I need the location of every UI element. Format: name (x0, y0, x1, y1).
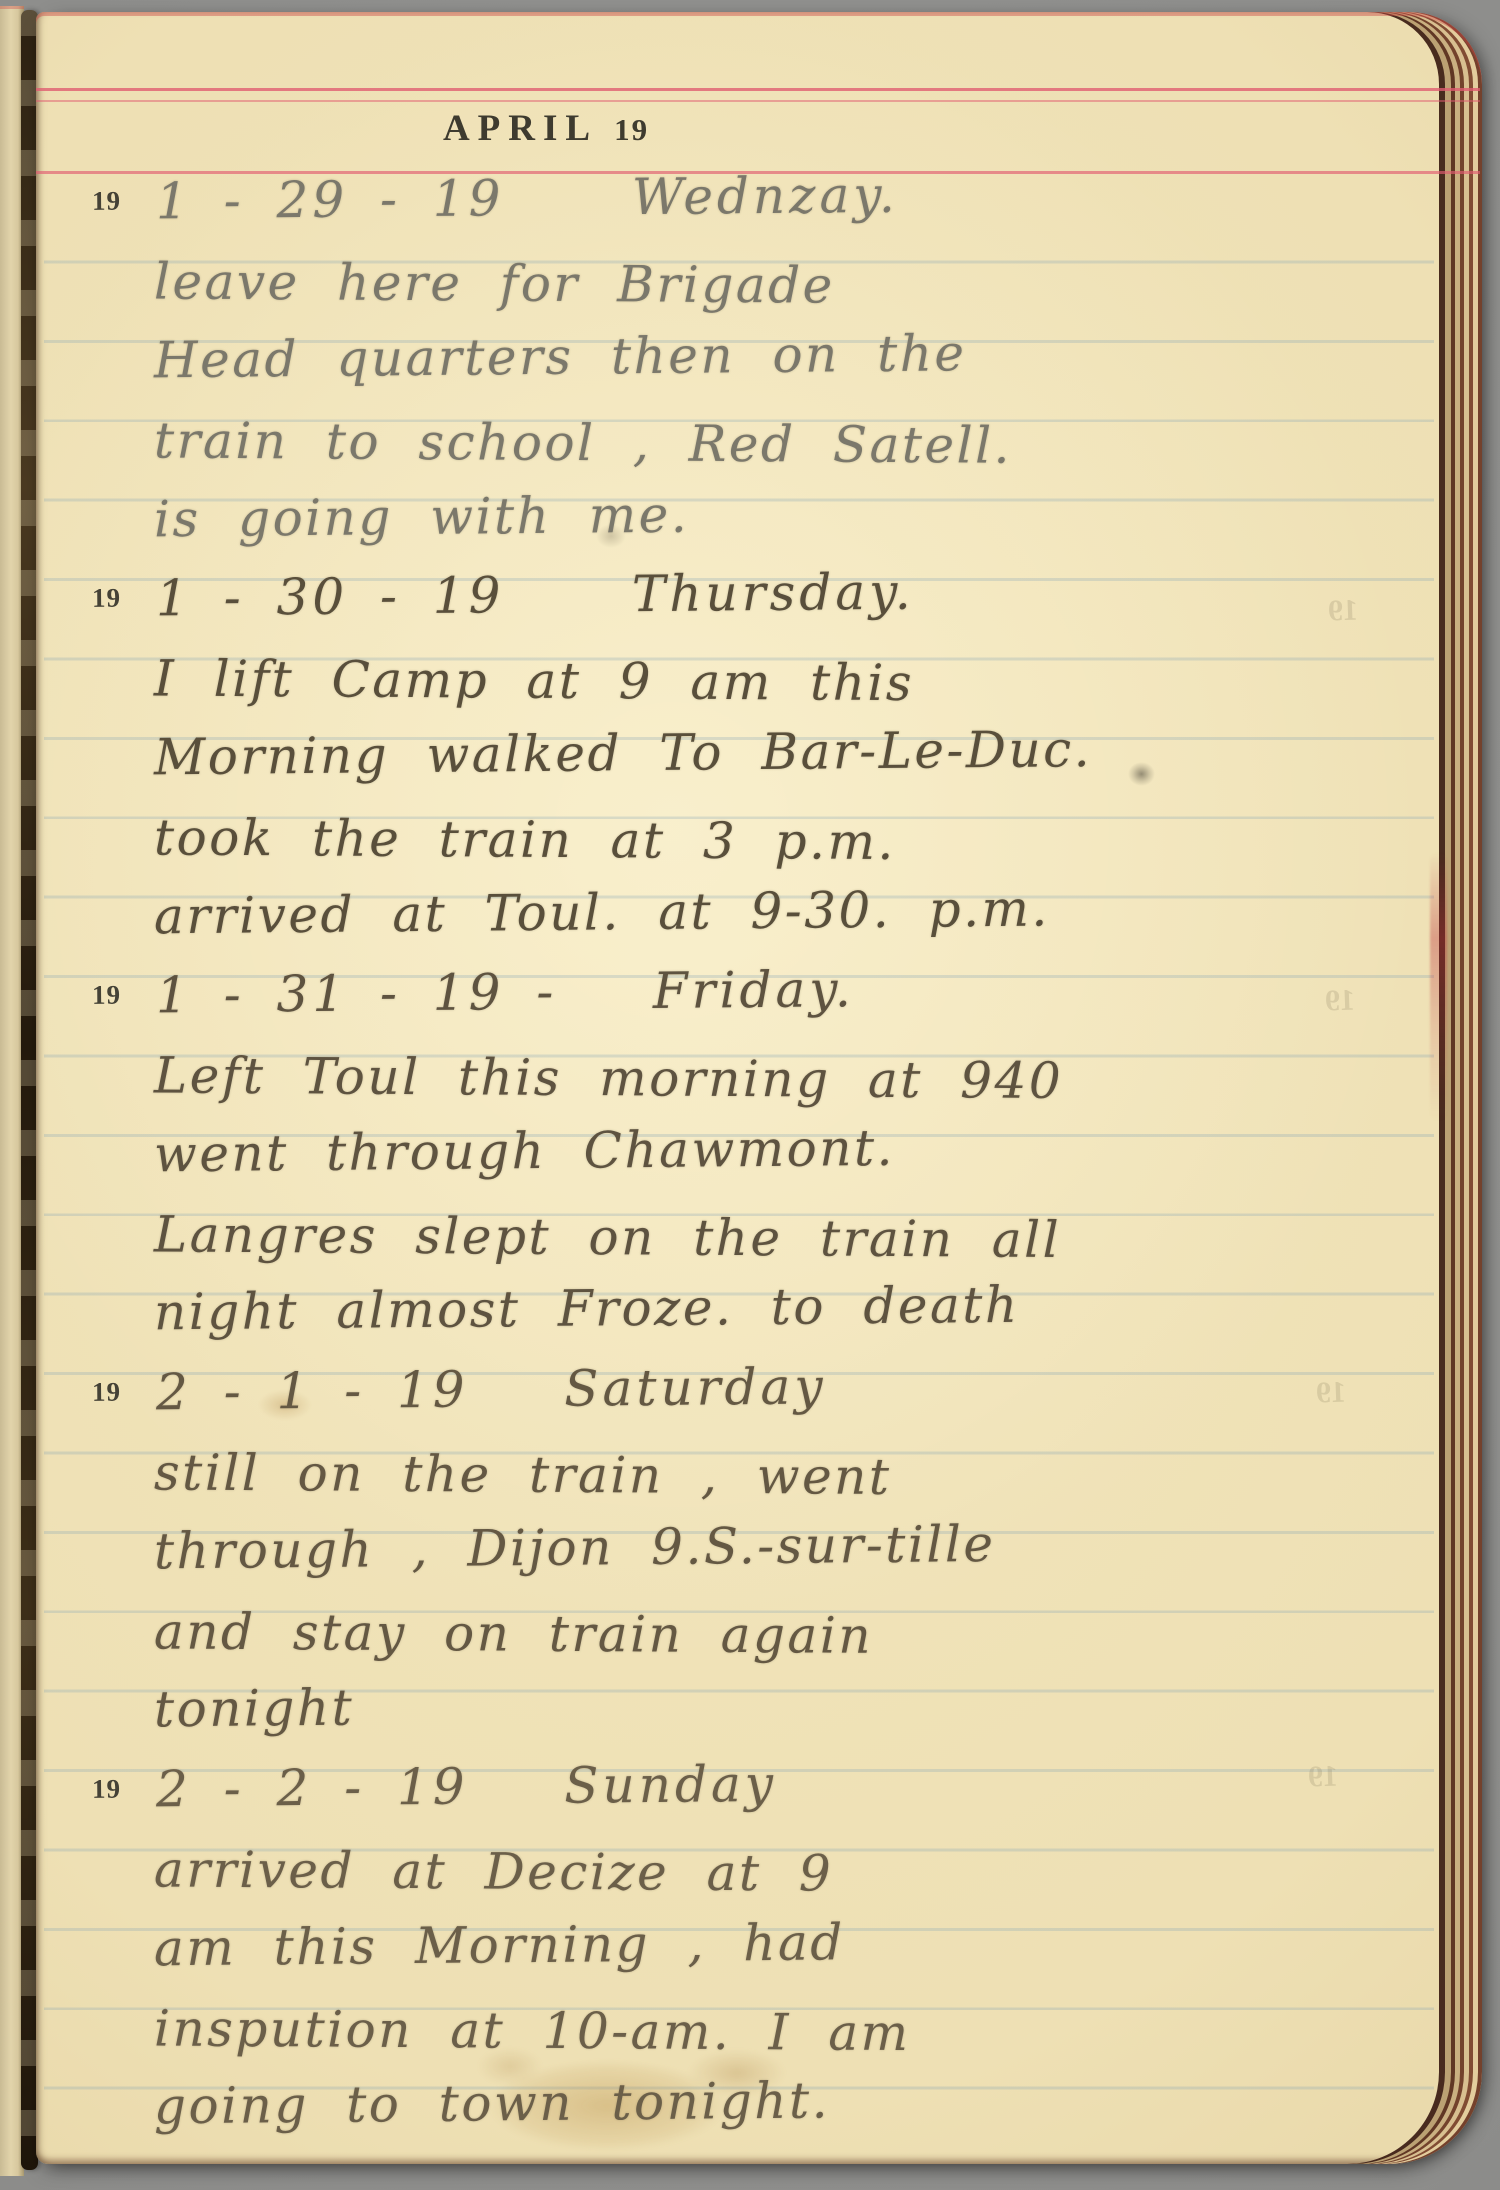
entry-line: arrived at Toul. at 9-30. p.m. (78, 865, 1419, 956)
entry-line: tonight (78, 1659, 1419, 1750)
entry-line: night almost Froze. to death (78, 1262, 1419, 1353)
entry-date-line: 192 - 1 - 19 Saturday (78, 1341, 1419, 1432)
scanned-diary-photo: APRIL19 19 19 19 19 191 - 29 - 19 Wednza… (0, 0, 1500, 2190)
entry-date-line: 191 - 31 - 19 - Friday. (78, 944, 1419, 1035)
entry-date: 1 - 30 - 19 Thursday. (156, 562, 915, 627)
entry-date: 1 - 29 - 19 Wednzay. (156, 166, 899, 230)
margin-year: 19 (78, 1773, 156, 1805)
entry-date-line: 191 - 30 - 19 Thursday. (78, 547, 1419, 638)
entry-line: through , Dijon 9.S.-sur-tille (78, 1500, 1419, 1591)
entry-date: 1 - 31 - 19 - Friday. (156, 960, 855, 1024)
margin-year: 19 (78, 1376, 156, 1408)
page-header: APRIL19 (96, 107, 996, 150)
diary-page: APRIL19 19 19 19 19 191 - 29 - 19 Wednza… (36, 12, 1482, 2164)
entry-line: am this Morning , had (78, 1897, 1419, 1988)
diary-entry: 191 - 31 - 19 - Friday. Left Toul this m… (78, 956, 1418, 1353)
entry-line: went through Chawmont. (78, 1103, 1419, 1194)
entry-date-line: 191 - 29 - 19 Wednzay. (78, 150, 1419, 241)
diary-entry: 192 - 1 - 19 Saturday still on the train… (78, 1353, 1418, 1750)
entry-date: 2 - 2 - 19 Sunday (156, 1754, 777, 1817)
margin-year: 19 (78, 979, 156, 1011)
margin-year: 19 (78, 186, 156, 218)
margin-year: 19 (78, 582, 156, 614)
entry-date-line: 192 - 2 - 19 Sunday (78, 1738, 1419, 1829)
diary-entry: 192 - 2 - 19 Sunday arrived at Decize at… (78, 1750, 1418, 2147)
entry-line: going to town tonight. (78, 2056, 1419, 2147)
header-month: APRIL (443, 108, 598, 149)
header-rule-top (36, 88, 1480, 102)
diary-entry: 191 - 30 - 19 Thursday. I lift Camp at 9… (78, 559, 1418, 956)
entry-line: Morning walked To Bar-Le-Duc. (78, 706, 1419, 797)
entry-date: 2 - 1 - 19 Saturday (156, 1357, 827, 1421)
handwritten-entries: 191 - 29 - 19 Wednzay. leave here for Br… (78, 162, 1418, 2147)
entry-line: is going with me. (78, 468, 1419, 559)
header-day: 19 (614, 112, 649, 147)
diary-entry: 191 - 29 - 19 Wednzay. leave here for Br… (78, 162, 1418, 559)
entry-line: Head quarters then on the (78, 309, 1419, 400)
